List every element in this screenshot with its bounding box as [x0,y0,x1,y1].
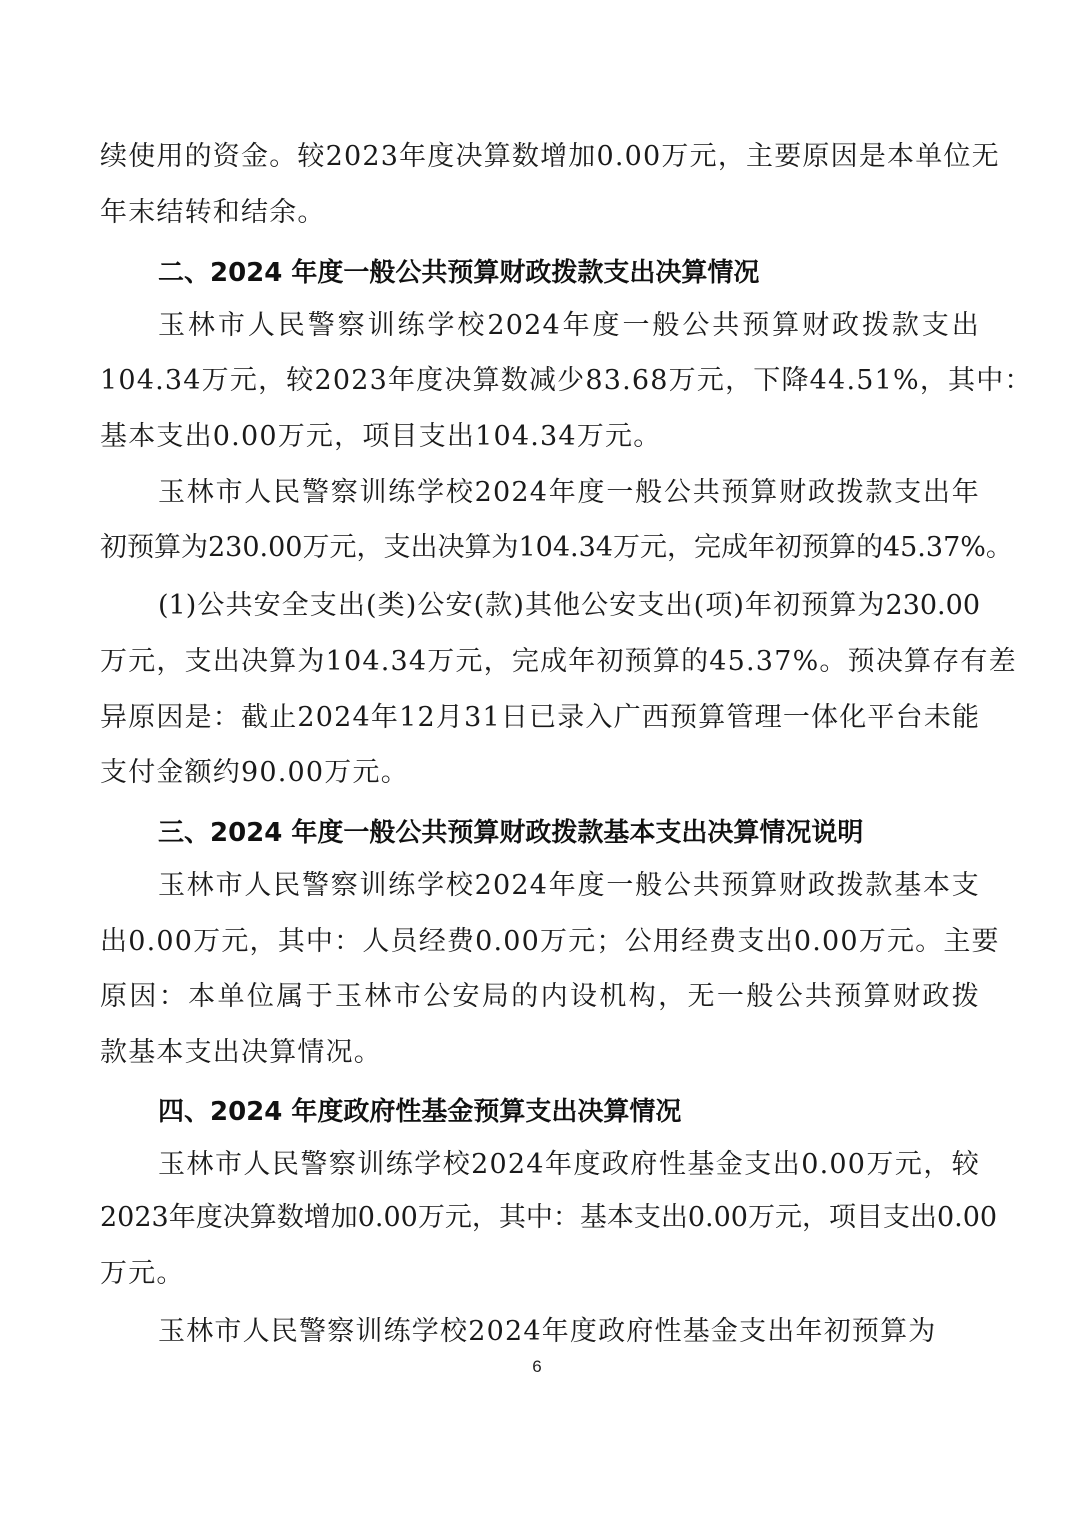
paragraph-line: 原因：本单位属于玉林市公安局的内设机构，无一般公共预算财政拨 [100,980,980,1014]
paragraph-line: 玉林市人民警察训练学校2024年度一般公共预算财政拨款基本支 [158,869,980,903]
section-heading-2: 二、2024 年度一般公共预算财政拨款支出决算情况 [158,256,759,290]
paragraph-line: 续使用的资金。较2023年度决算数增加0.00万元，主要原因是本单位无 [100,140,980,174]
paragraph-line: 初预算为230.00万元，支出决算为104.34万元，完成年初预算的45.37%… [100,531,980,565]
paragraph-line: 2023年度决算数增加0.00万元，其中：基本支出0.00万元，项目支出0.00 [100,1201,980,1235]
paragraph-line: 玉林市人民警察训练学校2024年度一般公共预算财政拨款支出年 [158,476,980,510]
paragraph-line: 出0.00万元，其中：人员经费0.00万元；公用经费支出0.00万元。主要 [100,925,980,959]
paragraph-line: 款基本支出决算情况。 [100,1036,980,1070]
paragraph-line: 万元，支出决算为104.34万元，完成年初预算的45.37%。预决算存有差 [100,645,980,679]
section-heading-4: 四、2024 年度政府性基金预算支出决算情况 [158,1095,681,1129]
paragraph-line: 万元。 [100,1257,980,1291]
paragraph-line: 玉林市人民警察训练学校2024年度一般公共预算财政拨款支出 [158,309,980,343]
paragraph-line: 支付金额约90.00万元。 [100,756,980,790]
paragraph-line: 104.34万元，较2023年度决算数减少83.68万元，下降44.51%，其中… [100,364,980,398]
paragraph-line: (1)公共安全支出(类)公安(款)其他公安支出(项)年初预算为230.00 [158,589,980,623]
section-heading-3: 三、2024 年度一般公共预算财政拨款基本支出决算情况说明 [158,816,863,850]
paragraph-line: 异原因是：截止2024年12月31日已录入广西预算管理一体化平台未能 [100,701,980,735]
page-number: 6 [0,1357,1074,1377]
paragraph-line: 玉林市人民警察训练学校2024年度政府性基金支出年初预算为 [158,1315,980,1349]
paragraph-line: 玉林市人民警察训练学校2024年度政府性基金支出0.00万元，较 [158,1148,980,1182]
paragraph-line: 基本支出0.00万元，项目支出104.34万元。 [100,420,980,454]
paragraph-line: 年末结转和结余。 [100,196,980,230]
